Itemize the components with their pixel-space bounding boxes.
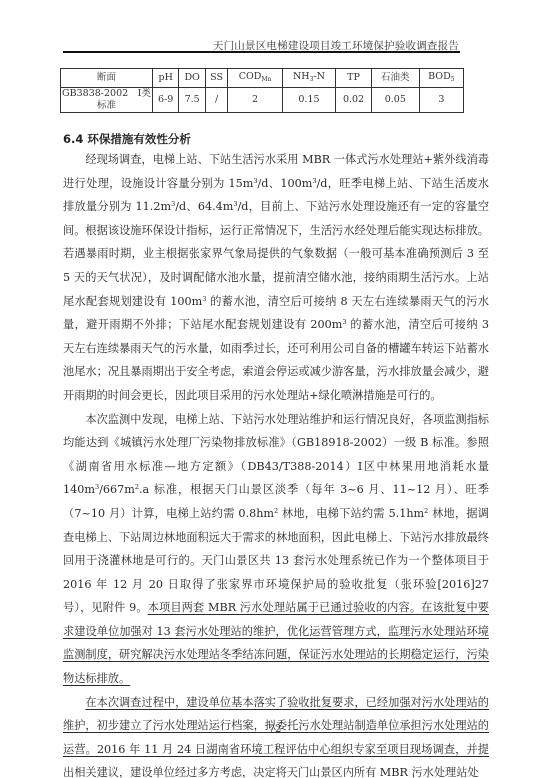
p2-text-b: /667m [99,483,135,496]
body-text: 经现场调查，电梯上站、下站生活污水采用 MBR 一体式污水处理站+紫外线消毒进行… [63,148,489,778]
cell-tp: 0.02 [336,88,372,113]
cell-bod5: 3 [419,88,463,113]
col-header-tp: TP [336,69,372,88]
col-header-ss: SS [205,69,227,88]
header-rule [63,51,460,53]
cell-ph: 6-9 [153,88,179,113]
table-row: GB3838-2002 Ⅰ类标准 6-9 7.5 / 2 0.15 0.02 0… [61,88,464,113]
col-header-do: DO [179,69,206,88]
paragraph-1: 经现场调查，电梯上站、下站生活污水采用 MBR 一体式污水处理站+紫外线消毒进行… [63,148,489,408]
cell-nh3-n: 0.15 [282,88,335,113]
cell-do: 7.5 [179,88,206,113]
water-quality-standard-table: 断面 pH DO SS CODMn NH3-N TP 石油类 BOD5 GB38… [60,68,464,113]
p3-underlined-text: 在本次调查过程中，建设单位基本落实了验收批复要求，已经加强对污水处理站的维护，初… [63,696,489,778]
paragraph-2: 本次监测中发现，电梯上站、下站污水处理站维护和运行情况良好，各项监测指标均能达到… [63,408,489,691]
col-header-petroleum: 石油类 [371,69,419,88]
p1-text-d: /d、64.4m [175,200,233,213]
nh-label: NH [293,71,310,82]
cell-petroleum: 0.05 [371,88,419,113]
p1-text-b: /d、100m [258,177,313,190]
cell-cod-mn: 2 [228,88,283,113]
cod-subscript: Mn [261,76,271,83]
bod-subscript: 5 [451,76,455,83]
cell-section: GB3838-2002 Ⅰ类标准 [61,88,153,113]
col-header-cod-mn: CODMn [228,69,283,88]
col-header-section: 断面 [61,69,153,88]
p1-text-e: /d，目前上、下站污水处理设施还有一定的容量空间。根据该设施环保设计指标，运行正… [63,200,489,307]
section-line-2: 标准 [61,100,152,112]
p2-text-e: 林地，据调查电梯上、下站周边林地面积远大于需求的林地面积，因此电梯上、下站污水排… [63,507,489,614]
p2-text-d: 林地，电梯下站约需 5.1hm [278,507,424,520]
cod-label: COD [239,71,262,82]
col-header-ph: pH [153,69,179,88]
col-header-nh3-n: NH3-N [282,69,335,88]
section-line-1: GB3838-2002 Ⅰ类 [61,88,152,100]
section-heading: 6.4 环保措施有效性分析 [63,131,191,147]
nh-suffix: -N [313,71,325,82]
bod-label: BOD [428,71,451,82]
cell-ss: / [205,88,227,113]
table-header-row: 断面 pH DO SS CODMn NH3-N TP 石油类 BOD5 [61,69,464,88]
page-number: 72 [0,724,550,735]
col-header-bod5: BOD5 [419,69,463,88]
